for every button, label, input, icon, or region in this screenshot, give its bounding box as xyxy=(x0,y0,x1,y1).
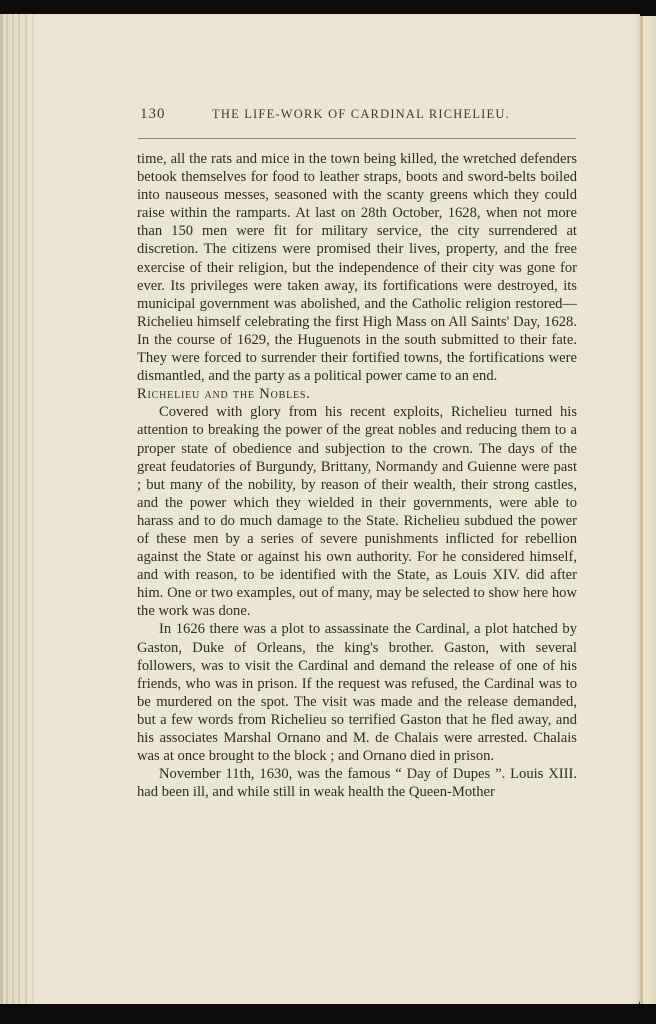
header-rule xyxy=(138,138,576,139)
scanned-book-page: 130 THE LIFE-WORK OF CARDINAL RICHELIEU.… xyxy=(0,0,656,1024)
body-text: time, all the rats and mice in the town … xyxy=(137,150,577,801)
running-head: 130 THE LIFE-WORK OF CARDINAL RICHELIEU. xyxy=(0,106,640,126)
scan-background xyxy=(0,1004,656,1024)
section-heading: Richelieu and the Nobles. xyxy=(137,385,577,403)
running-title: THE LIFE-WORK OF CARDINAL RICHELIEU. xyxy=(212,107,510,122)
paragraph: Covered with glory from his recent explo… xyxy=(137,403,577,620)
paragraph: In 1626 there was a plot to assassinate … xyxy=(137,620,577,765)
paragraph: November 11th, 1630, was the famous “ Da… xyxy=(137,765,577,801)
stacked-page-edges xyxy=(0,14,34,1008)
page-fold-line xyxy=(641,16,643,1006)
paragraph: time, all the rats and mice in the town … xyxy=(137,150,577,385)
page-number: 130 xyxy=(140,106,166,123)
